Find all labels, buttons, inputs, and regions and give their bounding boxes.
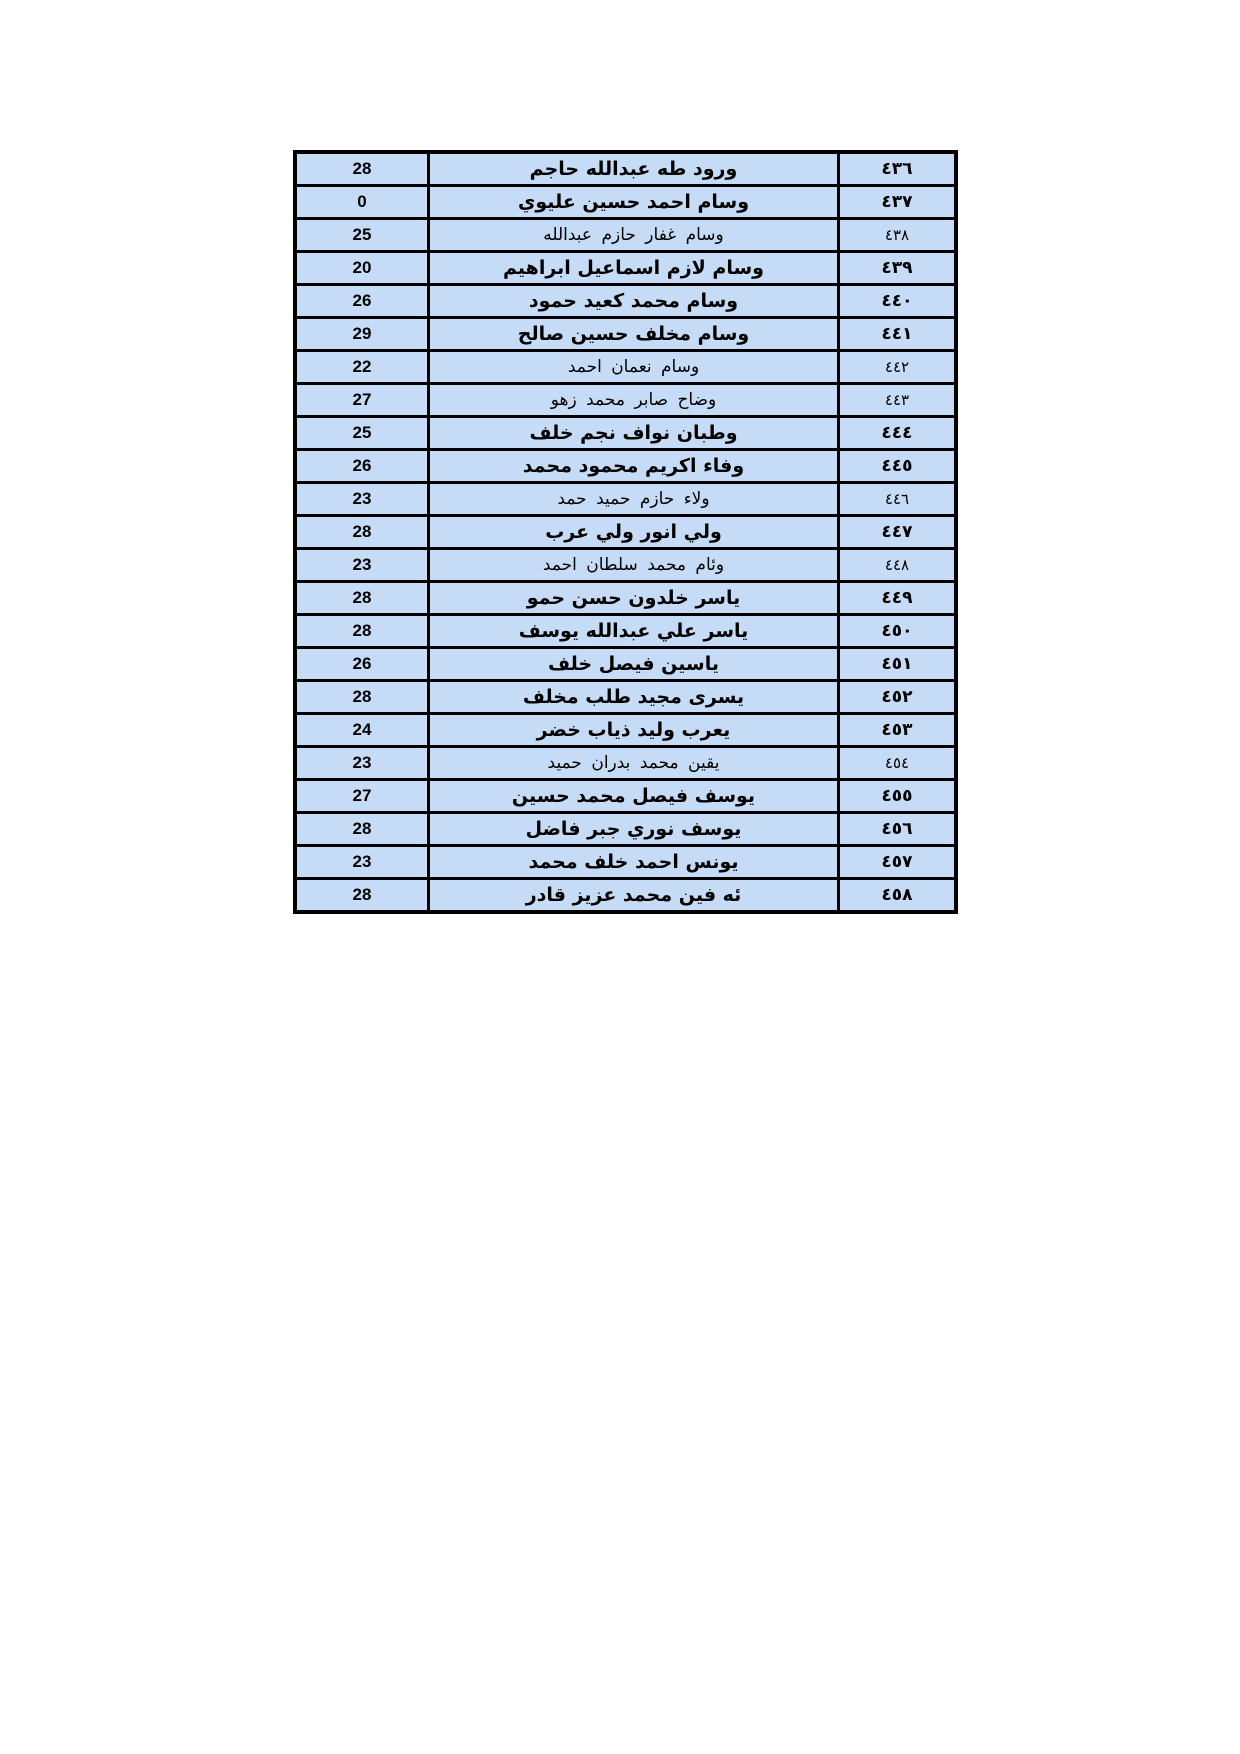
student-name-cell: يونس احمد خلف محمد bbox=[429, 846, 839, 879]
score-cell: 23 bbox=[295, 549, 429, 582]
score-cell: 29 bbox=[295, 318, 429, 351]
student-name-cell: ئه فين محمد عزيز قادر bbox=[429, 879, 839, 913]
student-name-cell: يسرى مجيد طلب مخلف bbox=[429, 681, 839, 714]
student-name-cell: ياسر خلدون حسن حمو bbox=[429, 582, 839, 615]
row-number-cell: ٤٤٤ bbox=[839, 417, 957, 450]
table-row: ٤٥٣ يعرب وليد ذياب خضر 24 bbox=[295, 714, 956, 747]
table-row: ٤٥٤ يقين محمد بدران حميد 23 bbox=[295, 747, 956, 780]
score-cell: 28 bbox=[295, 582, 429, 615]
student-name-cell: ياسين فيصل خلف bbox=[429, 648, 839, 681]
score-cell: 22 bbox=[295, 351, 429, 384]
row-number-cell: ٤٥٠ bbox=[839, 615, 957, 648]
results-table-body: ٤٣٦ ورود طه عبدالله حاجم 28 ٤٣٧ وسام احم… bbox=[295, 152, 956, 912]
score-cell: 0 bbox=[295, 186, 429, 219]
table-row: ٤٤٦ ولاء حازم حميد حمد 23 bbox=[295, 483, 956, 516]
row-number-cell: ٤٤٥ bbox=[839, 450, 957, 483]
row-number-cell: ٤٤١ bbox=[839, 318, 957, 351]
student-name-cell: وسام مخلف حسين صالح bbox=[429, 318, 839, 351]
score-cell: 26 bbox=[295, 450, 429, 483]
row-number-cell: ٤٤٨ bbox=[839, 549, 957, 582]
student-name-cell: يعرب وليد ذياب خضر bbox=[429, 714, 839, 747]
score-cell: 23 bbox=[295, 747, 429, 780]
student-name-cell: وسام احمد حسين عليوي bbox=[429, 186, 839, 219]
row-number-cell: ٤٥١ bbox=[839, 648, 957, 681]
table-row: ٤٤٣ وضاح صابر محمد زهو 27 bbox=[295, 384, 956, 417]
score-cell: 28 bbox=[295, 681, 429, 714]
table-row: ٤٤٩ ياسر خلدون حسن حمو 28 bbox=[295, 582, 956, 615]
row-number-cell: ٤٣٩ bbox=[839, 252, 957, 285]
table-row: ٤٤٧ ولي انور ولي عرب 28 bbox=[295, 516, 956, 549]
row-number-cell: ٤٤٦ bbox=[839, 483, 957, 516]
score-cell: 26 bbox=[295, 648, 429, 681]
table-row: ٤٤٤ وطبان نواف نجم خلف 25 bbox=[295, 417, 956, 450]
row-number-cell: ٤٣٧ bbox=[839, 186, 957, 219]
row-number-cell: ٤٣٨ bbox=[839, 219, 957, 252]
document-page: ٤٣٦ ورود طه عبدالله حاجم 28 ٤٣٧ وسام احم… bbox=[0, 0, 1240, 1754]
table-row: ٤٤٠ وسام محمد كعيد حمود 26 bbox=[295, 285, 956, 318]
score-cell: 25 bbox=[295, 219, 429, 252]
score-cell: 24 bbox=[295, 714, 429, 747]
row-number-cell: ٤٥٣ bbox=[839, 714, 957, 747]
table-row: ٤٥٠ ياسر علي عبدالله يوسف 28 bbox=[295, 615, 956, 648]
table-row: ٤٥٦ يوسف نوري جبر فاضل 28 bbox=[295, 813, 956, 846]
score-cell: 20 bbox=[295, 252, 429, 285]
row-number-cell: ٤٤٢ bbox=[839, 351, 957, 384]
row-number-cell: ٤٥٦ bbox=[839, 813, 957, 846]
score-cell: 23 bbox=[295, 846, 429, 879]
table-row: ٤٣٨ وسام غفار حازم عبدالله 25 bbox=[295, 219, 956, 252]
results-table: ٤٣٦ ورود طه عبدالله حاجم 28 ٤٣٧ وسام احم… bbox=[293, 150, 958, 914]
score-cell: 28 bbox=[295, 879, 429, 913]
table-row: ٤٤٢ وسام نعمان احمد 22 bbox=[295, 351, 956, 384]
row-number-cell: ٤٤٩ bbox=[839, 582, 957, 615]
student-name-cell: يقين محمد بدران حميد bbox=[429, 747, 839, 780]
row-number-cell: ٤٣٦ bbox=[839, 152, 957, 186]
student-name-cell: يوسف فيصل محمد حسين bbox=[429, 780, 839, 813]
row-number-cell: ٤٥٥ bbox=[839, 780, 957, 813]
score-cell: 28 bbox=[295, 813, 429, 846]
row-number-cell: ٤٥٨ bbox=[839, 879, 957, 913]
table-row: ٤٣٧ وسام احمد حسين عليوي 0 bbox=[295, 186, 956, 219]
student-name-cell: ولي انور ولي عرب bbox=[429, 516, 839, 549]
score-cell: 26 bbox=[295, 285, 429, 318]
row-number-cell: ٤٤٣ bbox=[839, 384, 957, 417]
table-row: ٤٣٩ وسام لازم اسماعيل ابراهيم 20 bbox=[295, 252, 956, 285]
table-row: ٤٥٨ ئه فين محمد عزيز قادر 28 bbox=[295, 879, 956, 913]
table-row: ٤٤١ وسام مخلف حسين صالح 29 bbox=[295, 318, 956, 351]
row-number-cell: ٤٤٠ bbox=[839, 285, 957, 318]
score-cell: 28 bbox=[295, 615, 429, 648]
table-row: ٤٤٥ وفاء اكريم محمود محمد 26 bbox=[295, 450, 956, 483]
score-cell: 25 bbox=[295, 417, 429, 450]
table-row: ٤٥٢ يسرى مجيد طلب مخلف 28 bbox=[295, 681, 956, 714]
table-row: ٤٥٥ يوسف فيصل محمد حسين 27 bbox=[295, 780, 956, 813]
table-row: ٤٥٧ يونس احمد خلف محمد 23 bbox=[295, 846, 956, 879]
student-name-cell: ياسر علي عبدالله يوسف bbox=[429, 615, 839, 648]
student-name-cell: وسام محمد كعيد حمود bbox=[429, 285, 839, 318]
table-row: ٤٥١ ياسين فيصل خلف 26 bbox=[295, 648, 956, 681]
student-name-cell: وطبان نواف نجم خلف bbox=[429, 417, 839, 450]
table-row: ٤٤٨ وئام محمد سلطان احمد 23 bbox=[295, 549, 956, 582]
student-name-cell: وسام نعمان احمد bbox=[429, 351, 839, 384]
student-name-cell: وسام غفار حازم عبدالله bbox=[429, 219, 839, 252]
student-name-cell: وسام لازم اسماعيل ابراهيم bbox=[429, 252, 839, 285]
row-number-cell: ٤٥٧ bbox=[839, 846, 957, 879]
student-name-cell: ولاء حازم حميد حمد bbox=[429, 483, 839, 516]
row-number-cell: ٤٤٧ bbox=[839, 516, 957, 549]
student-name-cell: يوسف نوري جبر فاضل bbox=[429, 813, 839, 846]
student-name-cell: وفاء اكريم محمود محمد bbox=[429, 450, 839, 483]
student-name-cell: وضاح صابر محمد زهو bbox=[429, 384, 839, 417]
table-row: ٤٣٦ ورود طه عبدالله حاجم 28 bbox=[295, 152, 956, 186]
row-number-cell: ٤٥٢ bbox=[839, 681, 957, 714]
score-cell: 27 bbox=[295, 384, 429, 417]
score-cell: 28 bbox=[295, 152, 429, 186]
score-cell: 28 bbox=[295, 516, 429, 549]
student-name-cell: وئام محمد سلطان احمد bbox=[429, 549, 839, 582]
score-cell: 27 bbox=[295, 780, 429, 813]
row-number-cell: ٤٥٤ bbox=[839, 747, 957, 780]
student-name-cell: ورود طه عبدالله حاجم bbox=[429, 152, 839, 186]
score-cell: 23 bbox=[295, 483, 429, 516]
